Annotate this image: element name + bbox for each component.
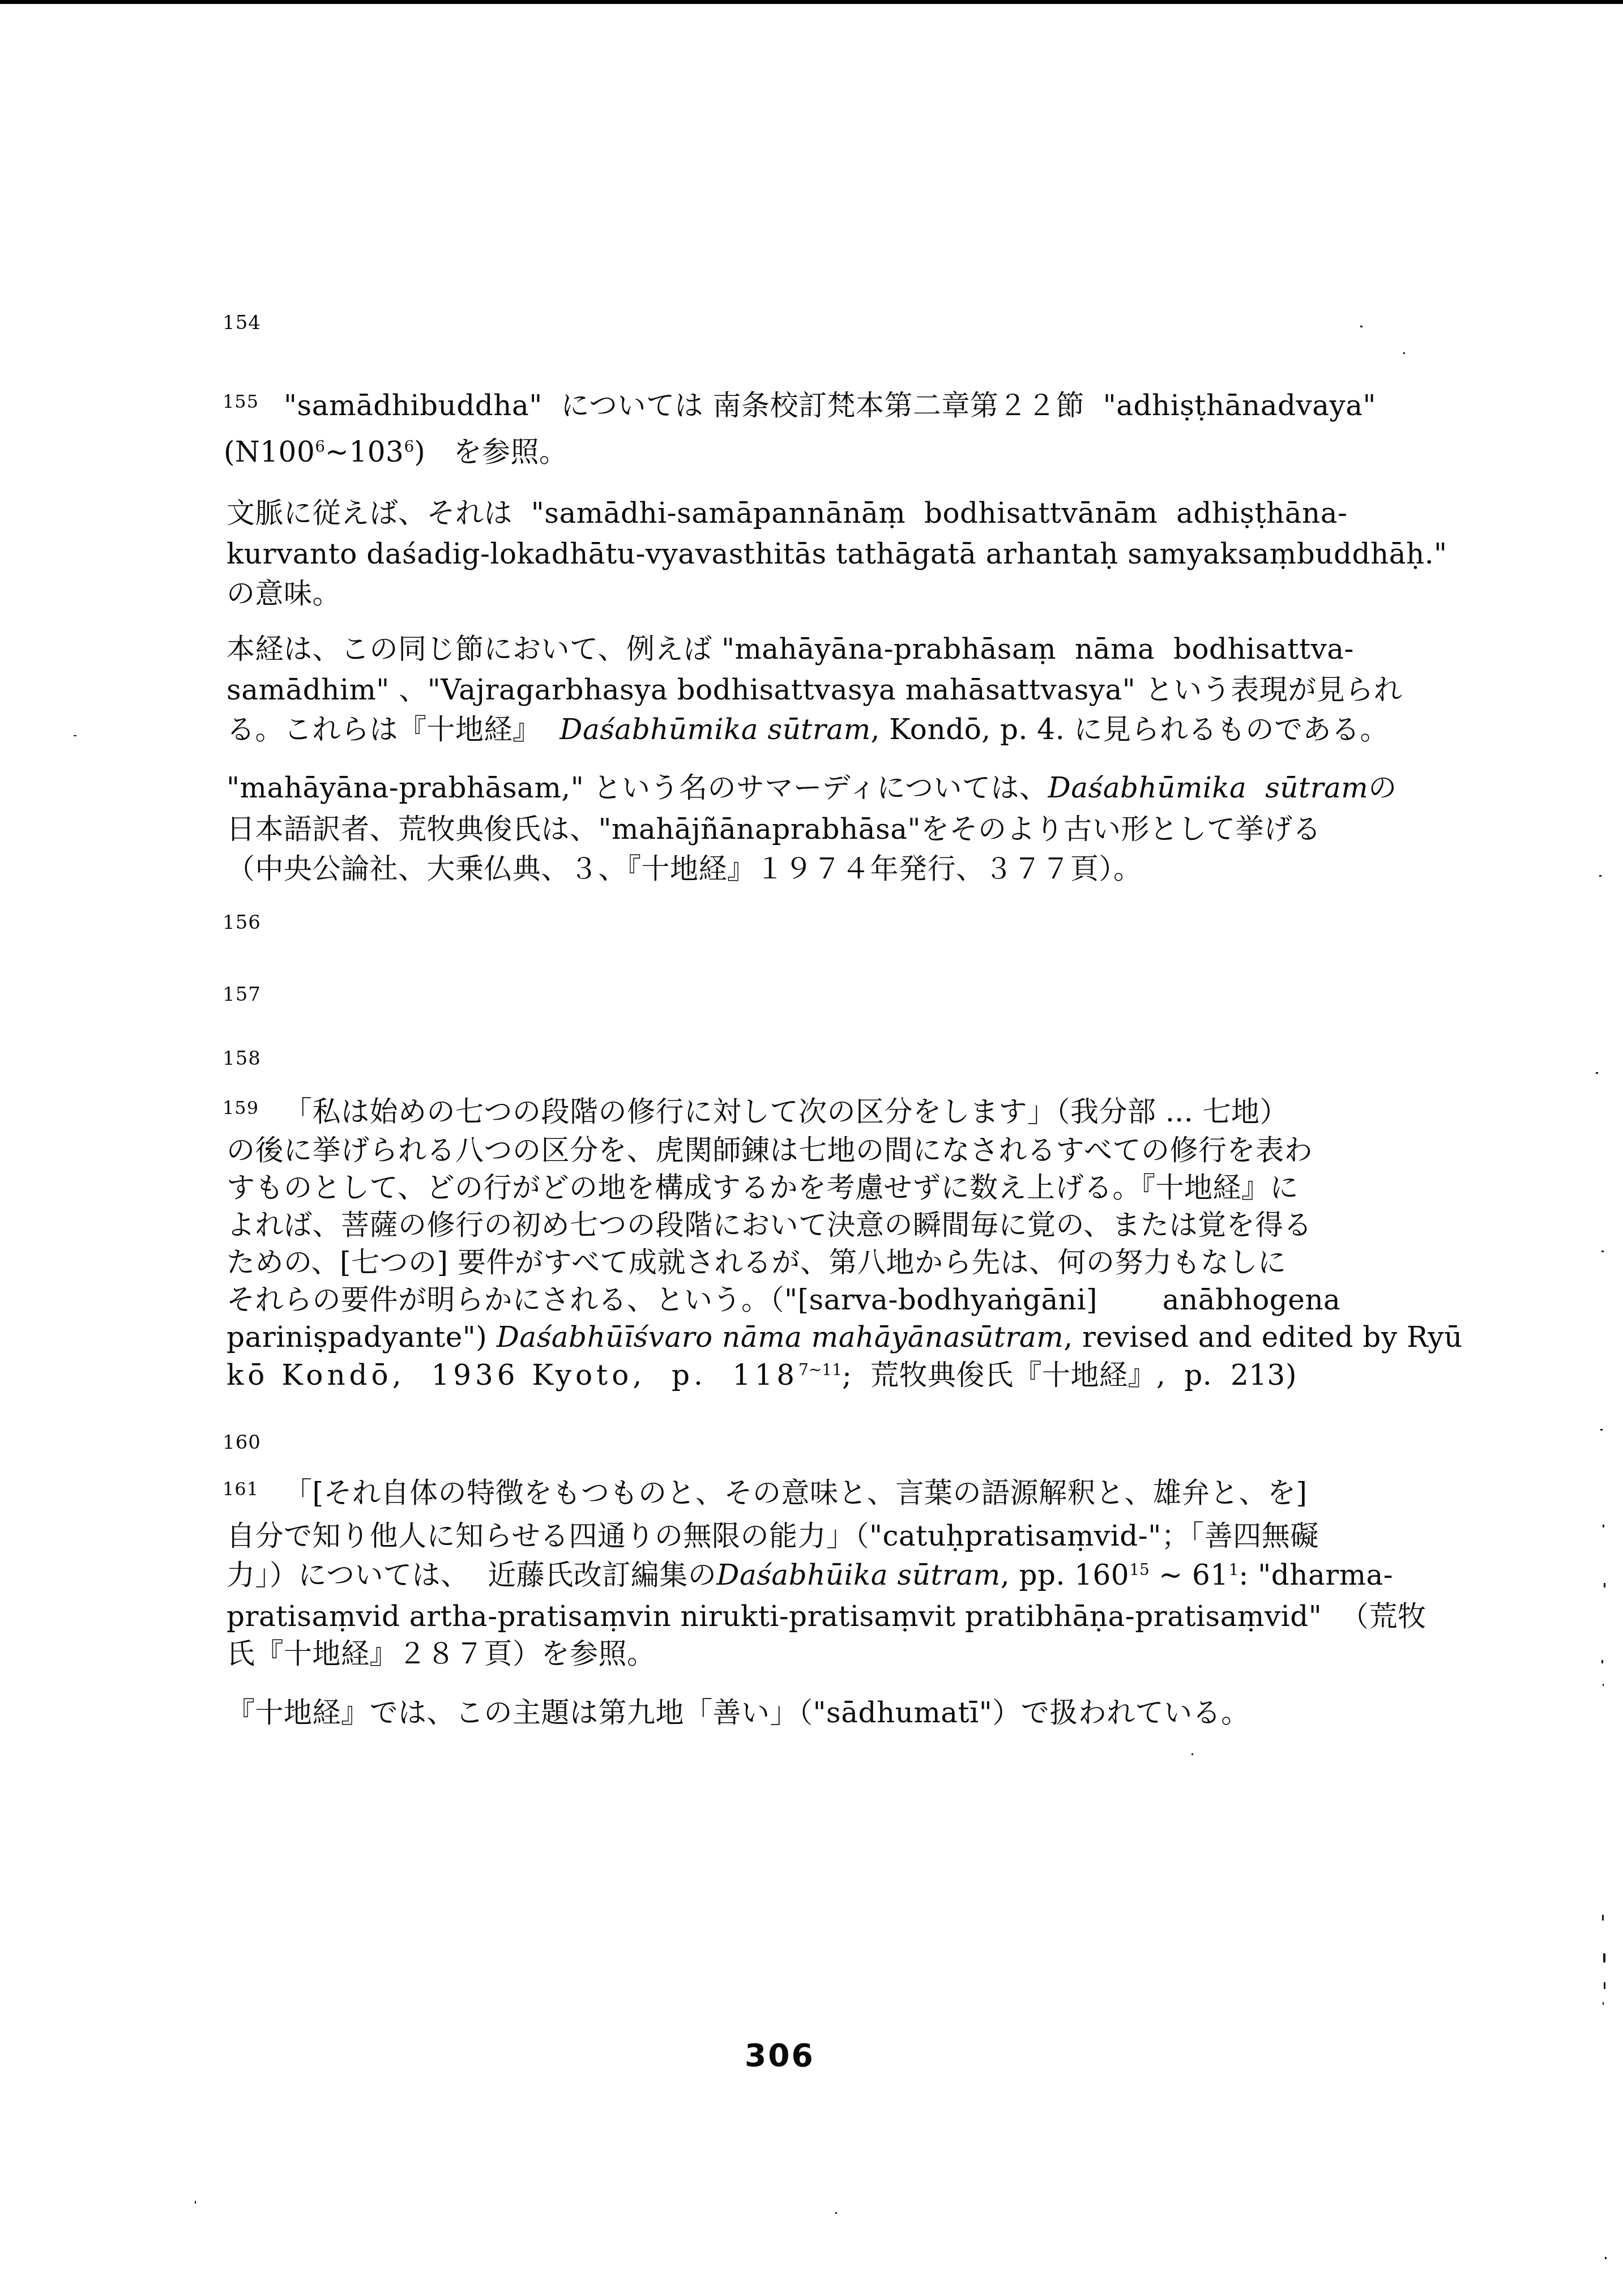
scan-speck [1600, 1429, 1603, 1431]
text-segment: ~103 [325, 436, 404, 468]
text-segment: "samādhibuddha" については 南条校訂梵本第二章第２２節 "adh… [284, 389, 1376, 422]
text-segment: 「私は始めの七つの段階の修行に対して次の区分をします」（我分部 ... 七地） [284, 1095, 1288, 1128]
footnote-155-para4-line-2: 日本語訳者、荒牧典俊氏は、"mahājñānaprabhāsa"をそのより古い形… [227, 813, 1321, 846]
text-segment: 『十地経』では、この主題は第九地「善い」（"sādhumatī"）で扱われている… [227, 1696, 1250, 1729]
text-segment: , Kondō, p. 4. に見られるものである。 [871, 713, 1389, 746]
text-segment: 161 [223, 1478, 259, 1500]
text-segment: （中央公論社、大乗仏典、３、『十地経』１９７４年発行、３７７頁）。 [227, 852, 1142, 885]
text-segment: Daśabhūmika sūtram [559, 713, 870, 746]
scan-speck [1360, 326, 1363, 327]
text-segment: 自分で知り他人に知らせる四通りの無限の能力」（"catuḥpratisaṃvid… [227, 1520, 1319, 1552]
text-segment: kurvanto daśadig-lokadhātu-vyavasthitās … [227, 537, 1447, 570]
scan-speck [1605, 2257, 1607, 2259]
scan-speck [1603, 1525, 1604, 1527]
text-segment: 6 [315, 437, 325, 456]
footnote-label-156: 156 [223, 912, 261, 934]
footnote-161-line-3: 力」）については、 近藤氏改訂編集のDaśabhūika sūtram, pp.… [227, 1559, 1393, 1592]
scanned-document-page: 154155"samādhibuddha" については 南条校訂梵本第二章第２２… [0, 0, 1623, 2296]
footnote-label-158: 158 [223, 1048, 261, 1070]
text-segment: , revised and edited by Ryū [1064, 1321, 1463, 1354]
text-segment: pariniṣpadyante") [227, 1321, 497, 1354]
scan-speck [1604, 1982, 1605, 1989]
scan-speck [1603, 2002, 1604, 2005]
scan-speck [1604, 1583, 1605, 1587]
text-segment: 154 [223, 311, 261, 334]
text-segment: kō Kondō, 1936 Kyoto, p. 118 [227, 1359, 798, 1392]
scan-speck [835, 2212, 837, 2214]
footnote-155-para2-line-2: kurvanto daśadig-lokadhātu-vyavasthitās … [227, 538, 1447, 571]
scan-speck [195, 2201, 196, 2204]
text-segment: よれば、菩薩の修行の初め七つの段階において決意の瞬間毎に覚の、または覚を得る [227, 1209, 1312, 1241]
footnote-161-line-4: pratisaṃvid artha-pratisaṃvin nirukti-pr… [227, 1601, 1426, 1633]
footnote-155-para3-line-1: 本経は、この同じ節において、例えば "mahāyāna-prabhāsaṃ nā… [227, 633, 1354, 666]
footnote-155-para4-line-3: （中央公論社、大乗仏典、３、『十地経』１９７４年発行、３７７頁）。 [227, 853, 1142, 886]
scan-speck [1191, 1753, 1193, 1755]
footnote-161-line-1: 161「[それ自体の特徴をもつものと、その意味と、言葉の語源解釈と、雄弁と、を] [223, 1477, 1308, 1510]
text-segment: の意味。 [227, 577, 341, 610]
footnote-155-para3-line-3: る。これらは『十地経』 Daśabhūmika sūtram, Kondō, p… [227, 714, 1389, 746]
text-segment: 本経は、この同じ節において、例えば "mahāyāna-prabhāsaṃ nā… [227, 633, 1354, 665]
footnote-159-line-2: の後に挙げられる八つの区分を、虎関師錬は七地の間になされるすべての修行を表わ [227, 1134, 1313, 1167]
scan-speck [1603, 1953, 1605, 1962]
footnote-label-154: 154 [223, 312, 261, 334]
footnote-155-para4-line-1: "mahāyāna-prabhāsam," という名のサマーディについては、Da… [227, 772, 1397, 805]
footnote-161-line-5: 氏『十地経』２８７頁）を参照。 [227, 1638, 656, 1671]
text-segment: 日本語訳者、荒牧典俊氏は、"mahājñānaprabhāsa"をそのより古い形… [227, 813, 1321, 846]
text-segment: 156 [223, 911, 261, 934]
text-segment: 7~11 [798, 1360, 842, 1379]
footnote-155-line-2: (N1006~1036) を参照。 [224, 436, 567, 469]
text-segment: ; 荒牧典俊氏『十地経』, p. 213) [842, 1359, 1297, 1392]
text-segment: 氏『十地経』２８７頁）を参照。 [227, 1637, 656, 1670]
scan-speck [1596, 1072, 1598, 1074]
footnote-159-line-8: kō Kondō, 1936 Kyoto, p. 1187~11; 荒牧典俊氏『… [227, 1359, 1297, 1392]
text-segment: 力」）については、 近藤氏改訂編集の [227, 1559, 716, 1591]
text-segment: 155 [223, 391, 259, 412]
scan-speck [1601, 1251, 1604, 1252]
scan-speck [1603, 1684, 1604, 1686]
footnote-159-line-5: ための、[七つの] 要件がすべて成就されるが、第八地から先は、何の努力もなしに [227, 1247, 1286, 1279]
text-segment: : "dharma- [1238, 1559, 1393, 1591]
scan-speck [1601, 1660, 1603, 1663]
scan-speck [74, 735, 76, 736]
text-segment: ~ 61 [1150, 1559, 1229, 1591]
footnote-155-para2-line-3: の意味。 [227, 578, 341, 611]
text-segment: Daśabhūmika sūtram [1048, 771, 1369, 804]
text-segment: 159 [223, 1097, 259, 1119]
text-segment: の後に挙げられる八つの区分を、虎関師錬は七地の間になされるすべての修行を表わ [227, 1134, 1313, 1167]
text-segment: 1 [1229, 1560, 1239, 1579]
text-segment: ) を参照。 [414, 436, 567, 468]
scan-speck [1602, 1915, 1604, 1921]
scan-edge-bar [0, 0, 1623, 4]
text-segment: (N100 [224, 436, 315, 468]
text-segment: それらの要件が明らかにされる、という。（"[sarva-bodhyaṅgāni]… [227, 1283, 1340, 1316]
text-segment: 文脈に従えば、それは "samādhi-samāpannānāṃ bodhisa… [227, 497, 1347, 530]
closing-paragraph: 『十地経』では、この主題は第九地「善い」（"sādhumatī"）で扱われている… [227, 1697, 1250, 1730]
footnote-159-line-1: 159「私は始めの七つの段階の修行に対して次の区分をします」（我分部 ... 七… [223, 1096, 1288, 1129]
text-segment: の [1368, 771, 1397, 804]
footnote-label-160: 160 [223, 1432, 261, 1454]
footnote-159-line-4: よれば、菩薩の修行の初め七つの段階において決意の瞬間毎に覚の、または覚を得る [227, 1209, 1312, 1242]
text-segment: , pp. 160 [1001, 1559, 1130, 1591]
footnote-161-line-2: 自分で知り他人に知らせる四通りの無限の能力」（"catuḥpratisaṃvid… [227, 1520, 1319, 1553]
text-segment: pratisaṃvid artha-pratisaṃvin nirukti-pr… [227, 1600, 1426, 1633]
text-segment: る。これらは『十地経』 [227, 713, 559, 746]
text-segment: samādhim" 、"Vajragarbhasya bodhisattvasy… [227, 673, 1402, 706]
text-segment: 158 [223, 1047, 261, 1070]
text-segment: ための、[七つの] 要件がすべて成就されるが、第八地から先は、何の努力もなしに [227, 1246, 1286, 1279]
footnote-159-line-3: すものとして、どの行がどの地を構成するかを考慮せずに数え上げる。『十地経』に [227, 1172, 1299, 1205]
text-segment: 160 [223, 1431, 261, 1454]
text-segment: 157 [223, 983, 261, 1006]
footnote-159-line-7: pariniṣpadyante") Daśabhūīśvaro nāma mah… [227, 1321, 1463, 1354]
footnote-155-para3-line-2: samādhim" 、"Vajragarbhasya bodhisattvasy… [227, 674, 1402, 707]
text-segment: すものとして、どの行がどの地を構成するかを考慮せずに数え上げる。『十地経』に [227, 1171, 1299, 1204]
text-segment: 15 [1129, 1560, 1150, 1579]
text-segment: "mahāyāna-prabhāsam," という名のサマーディについては、 [227, 771, 1048, 804]
scan-speck [1403, 352, 1405, 354]
footnote-155-line-1: 155"samādhibuddha" については 南条校訂梵本第二章第２２節 "… [223, 390, 1376, 423]
page-number: 306 [745, 2037, 815, 2073]
text-segment: Daśabhūika sūtram [716, 1559, 1000, 1591]
text-segment: Daśabhūīśvaro nāma mahāyānasūtram [497, 1321, 1064, 1354]
scan-speck [1599, 875, 1601, 877]
footnote-155-para2-line-1: 文脈に従えば、それは "samādhi-samāpannānāṃ bodhisa… [227, 497, 1347, 530]
footnote-label-157: 157 [223, 984, 261, 1006]
text-segment: 「[それ自体の特徴をもつものと、その意味と、言葉の語源解釈と、雄弁と、を] [284, 1476, 1308, 1509]
footnote-159-line-6: それらの要件が明らかにされる、という。（"[sarva-bodhyaṅgāni]… [227, 1284, 1340, 1317]
text-segment: 6 [404, 437, 414, 456]
